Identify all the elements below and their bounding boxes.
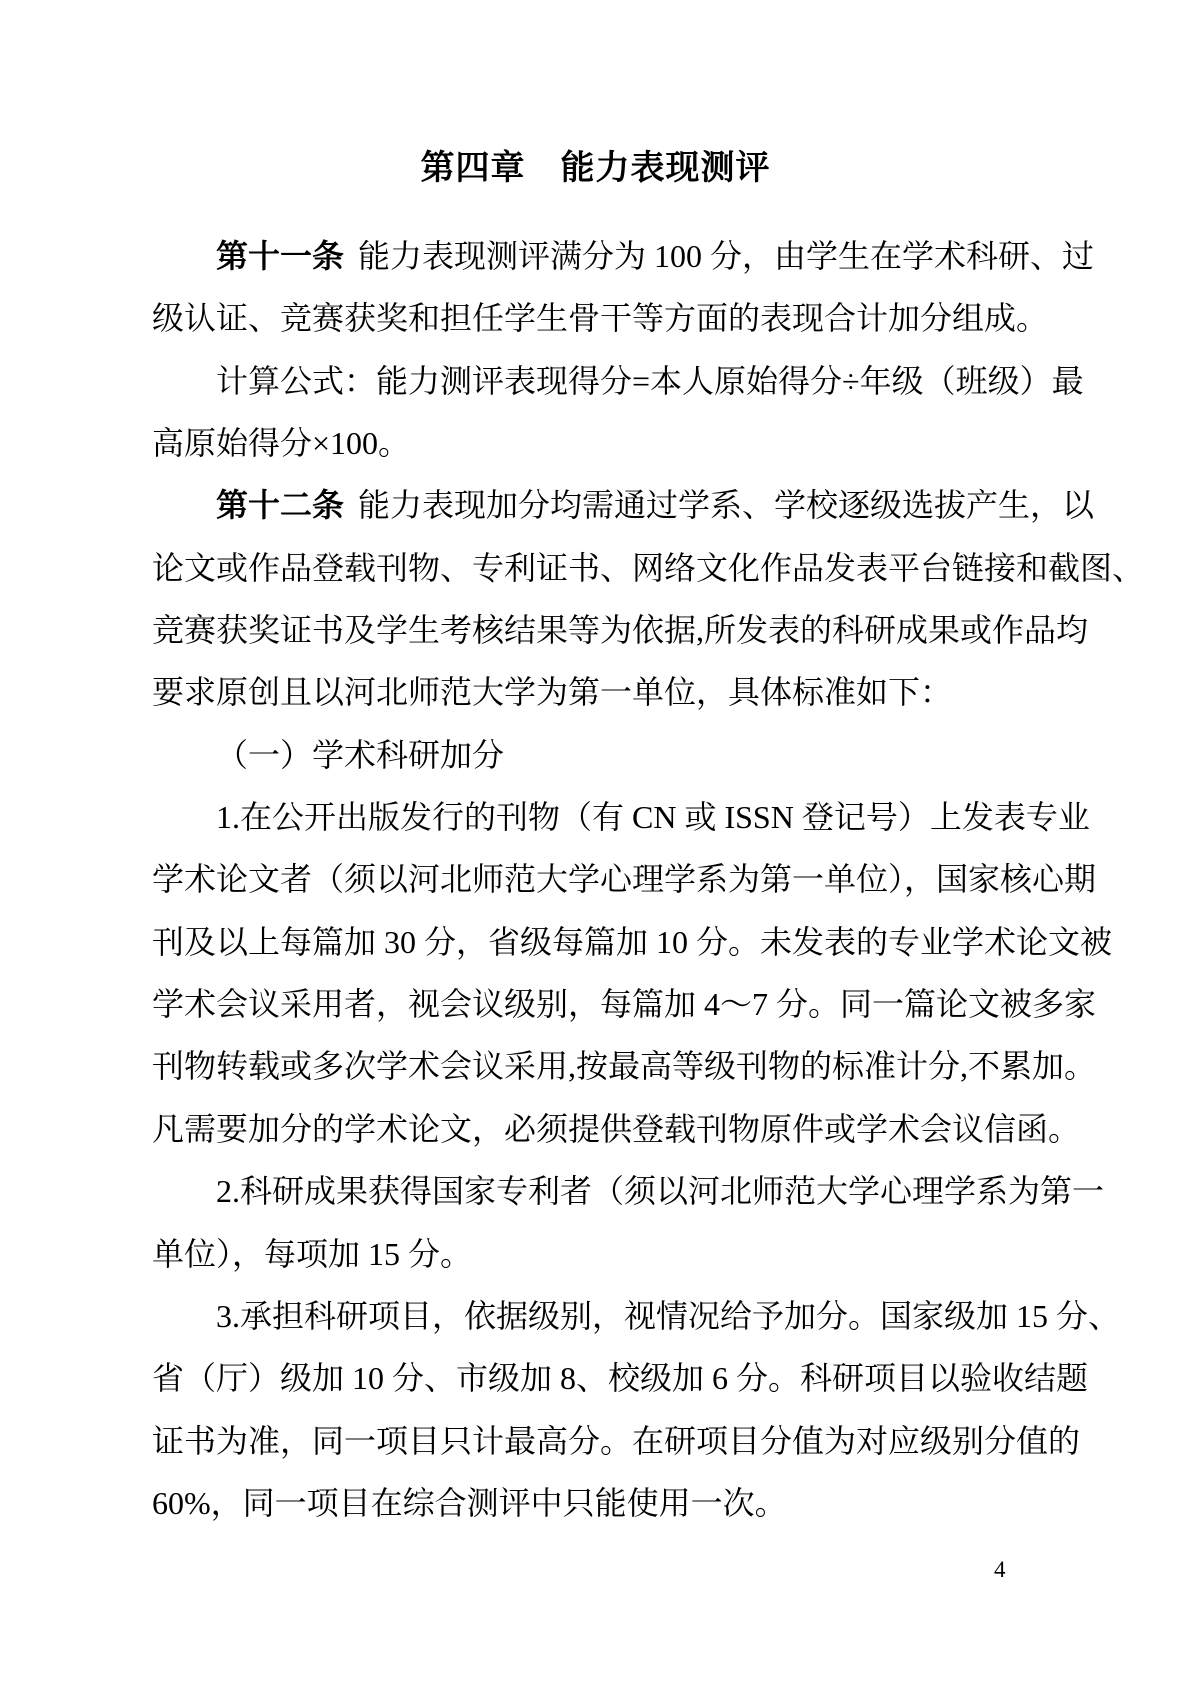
text-line: 凡需要加分的学术论文，必须提供登载刊物原件或学术会议信函。 [152, 1098, 1016, 1160]
text-line: 刊物转载或多次学术会议采用,按最高等级刊物的标准计分,不累加。 [152, 1035, 1016, 1097]
document-body: 第十一条能力表现测评满分为 100 分，由学生在学术科研、过 级认证、竞赛获奖和… [152, 225, 1016, 1534]
text-line: 级认证、竞赛获奖和担任学生骨干等方面的表现合计加分组成。 [152, 287, 1016, 349]
text-line: 高原始得分×100。 [152, 412, 1016, 474]
article-number-bold: 第十一条 [216, 238, 344, 274]
text-line: （一）学术科研加分 [152, 724, 1016, 786]
document-page: 第四章 能力表现测评 第十一条能力表现测评满分为 100 分，由学生在学术科研、… [0, 0, 1191, 1684]
text-line: 计算公式：能力测评表现得分=本人原始得分÷年级（班级）最 [152, 350, 1016, 412]
text-line: 学术会议采用者，视会议级别，每篇加 4～7 分。同一篇论文被多家 [152, 973, 1016, 1035]
text-line: 要求原创且以河北师范大学为第一单位，具体标准如下： [152, 661, 1016, 723]
page-number: 4 [994, 1556, 1006, 1584]
line-text: 能力表现测评满分为 100 分，由学生在学术科研、过 [358, 238, 1094, 274]
text-line: 60%，同一项目在综合测评中只能使用一次。 [152, 1472, 1016, 1534]
article-number-bold: 第十二条 [216, 487, 344, 523]
text-line: 第十一条能力表现测评满分为 100 分，由学生在学术科研、过 [152, 225, 1016, 287]
text-line: 2.科研成果获得国家专利者（须以河北师范大学心理学系为第一 [152, 1160, 1016, 1222]
text-line: 论文或作品登载刊物、专利证书、网络文化作品发表平台链接和截图、 [152, 537, 1016, 599]
text-line: 单位），每项加 15 分。 [152, 1223, 1016, 1285]
text-line: 学术论文者（须以河北师范大学心理学系为第一单位），国家核心期 [152, 848, 1016, 910]
chapter-title: 第四章 能力表现测评 [0, 147, 1191, 189]
text-line: 省（厅）级加 10 分、市级加 8、校级加 6 分。科研项目以验收结题 [152, 1347, 1016, 1409]
text-line: 1.在公开出版发行的刊物（有 CN 或 ISSN 登记号）上发表专业 [152, 786, 1016, 848]
text-line: 刊及以上每篇加 30 分，省级每篇加 10 分。未发表的专业学术论文被 [152, 911, 1016, 973]
line-text: 能力表现加分均需通过学系、学校逐级选拔产生，以 [358, 487, 1094, 523]
text-line: 证书为准，同一项目只计最高分。在研项目分值为对应级别分值的 [152, 1410, 1016, 1472]
text-line: 竞赛获奖证书及学生考核结果等为依据,所发表的科研成果或作品均 [152, 599, 1016, 661]
text-line: 3.承担科研项目，依据级别，视情况给予加分。国家级加 15 分、 [152, 1285, 1016, 1347]
text-line: 第十二条能力表现加分均需通过学系、学校逐级选拔产生，以 [152, 474, 1016, 536]
